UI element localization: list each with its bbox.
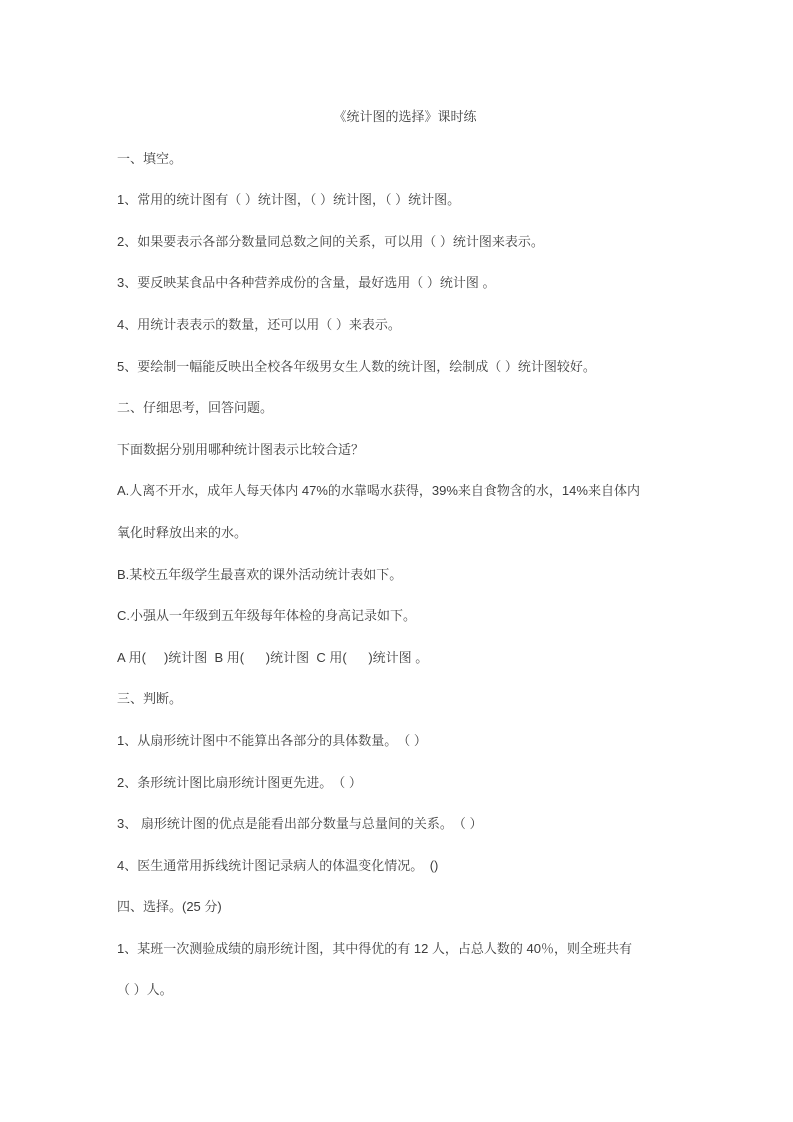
choice-question-1-line-2: （ ）人。 — [117, 969, 693, 1011]
page-title: 《统计图的选择》课时练 — [117, 96, 693, 138]
judge-question-3: 3、 扇形统计图的优点是能看出部分数量与总量间的关系。 （ ） — [117, 803, 693, 845]
section-2-intro: 下面数据分别用哪种统计图表示比较合适？ — [117, 429, 693, 471]
answer-item-a-line-2: 氧化时释放出来的水。 — [117, 512, 693, 554]
fill-blank-question-5: 5、要绘制一幅能反映出全校各年级男女生人数的统计图，绘制成（ ）统计图较好。 — [117, 346, 693, 388]
fill-blank-question-4: 4、用统计表表示的数量，还可以用（ ）来表示。 — [117, 304, 693, 346]
answer-item-b: B.某校五年级学生最喜欢的课外活动统计表如下。 — [117, 554, 693, 596]
answer-blanks-line: A 用( )统计图 B 用( )统计图 C 用( )统计图 。 — [117, 637, 693, 679]
section-2-heading: 二、仔细思考，回答问题。 — [117, 387, 693, 429]
choice-question-1-line-1: 1、某班一次测验成绩的扇形统计图，其中得优的有 12 人，占总人数的 40％，则… — [117, 928, 693, 970]
fill-blank-question-2: 2、如果要表示各部分数量同总数之间的关系，可以用（ ）统计图来表示。 — [117, 221, 693, 263]
worksheet-page: 《统计图的选择》课时练 一、填空。 1、常用的统计图有（ ）统计图，（ ）统计图… — [0, 0, 793, 1122]
section-1-heading: 一、填空。 — [117, 138, 693, 180]
fill-blank-question-3: 3、要反映某食品中各种营养成份的含量，最好选用（ ）统计图 。 — [117, 262, 693, 304]
answer-item-a-line-1: A.人离不开水，成年人每天体内 47%的水靠喝水获得，39%来自食物含的水，14… — [117, 470, 693, 512]
judge-question-4: 4、医生通常用拆线统计图记录病人的体温变化情况。 () — [117, 845, 693, 887]
section-4-heading: 四、选择。(25 分) — [117, 886, 693, 928]
answer-item-c: C.小强从一年级到五年级每年体检的身高记录如下。 — [117, 595, 693, 637]
fill-blank-question-1: 1、常用的统计图有（ ）统计图，（ ）统计图，（ ）统计图。 — [117, 179, 693, 221]
judge-question-2: 2、条形统计图比扇形统计图更先进。 （ ） — [117, 762, 693, 804]
section-3-heading: 三、判断。 — [117, 678, 693, 720]
judge-question-1: 1、从扇形统计图中不能算出各部分的具体数量。 （ ） — [117, 720, 693, 762]
